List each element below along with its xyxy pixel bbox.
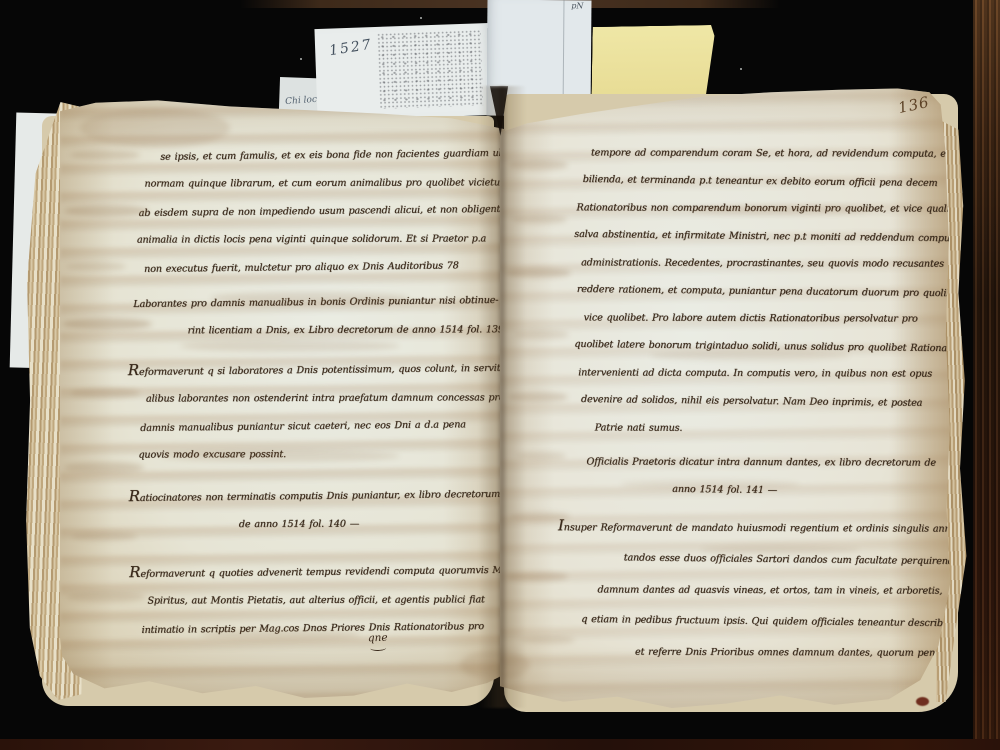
- bleed-smudge: [62, 318, 152, 330]
- manuscript-line: et referre Dnis Prioribus omnes damnum d…: [635, 636, 937, 668]
- slip-corner-mark: pN: [571, 1, 583, 10]
- floor-strip: [0, 739, 1000, 750]
- bleed-smudge: [210, 292, 410, 304]
- dust-speck: [740, 68, 742, 70]
- bleed-smudge: [66, 262, 126, 271]
- dust-speck: [300, 58, 302, 60]
- bleed-smudge: [72, 532, 137, 541]
- manuscript-line: Reformaverunt q si laboratores a Dnis po…: [128, 352, 490, 387]
- manuscript-paragraph: Insuper Reformaverunt de mandato huiusmo…: [571, 509, 938, 669]
- manuscript-line: Insuper Reformaverunt de mandato huiusmo…: [558, 510, 938, 544]
- bookmark-slip-text: Chi loci: [285, 95, 320, 107]
- manuscript-line: intervenienti ad dicta computa. In compu…: [578, 359, 939, 388]
- bleed-smudge: [64, 462, 144, 473]
- gutter-shadow: [478, 86, 526, 708]
- wax-spot: [916, 697, 929, 706]
- bleed-smudge: [650, 350, 850, 361]
- bleed-smudge: [700, 545, 860, 554]
- manuscript-line: vice quolibet. Pro labore autem dictis R…: [584, 304, 940, 333]
- manuscript-line: Officialis Praetoris dicatur intra dannu…: [586, 448, 938, 477]
- manuscript-page-left: se ipsis, et cum famulis, et ex eis bona…: [60, 98, 505, 698]
- manuscript-line: Reformaverunt q quoties advenerit tempus…: [129, 554, 491, 589]
- manuscript-paragraph: se ipsis, et cum famulis, et ex eis bona…: [136, 141, 489, 283]
- manuscript-line: non executus fuerit, mulctetur pro aliqu…: [144, 252, 489, 284]
- right-page-text: tempore ad comparendum coram Se, et hora…: [571, 139, 941, 669]
- manuscript-line: Ratiocinatores non terminatis computis D…: [129, 478, 491, 513]
- bleed-smudge: [66, 592, 146, 602]
- manuscript-line: damnis manualibus puniantur sicut caeter…: [140, 411, 490, 443]
- date-note-text: 1527: [328, 37, 374, 60]
- manuscript-line: q etiam in pedibus fructuum ipsis. Qui q…: [581, 604, 937, 639]
- manuscript-line: Spiritus, aut Montis Pietatis, aut alter…: [147, 586, 491, 615]
- manuscript-line: salva abstinentia, et infirmitate Minist…: [574, 220, 940, 252]
- manuscript-line: ab eisdem supra de non impediendo usum p…: [139, 196, 489, 228]
- bookmark-slip-date: 1527: [314, 23, 495, 121]
- manuscript-paragraph: Ratiocinatores non terminatis computis D…: [139, 479, 491, 540]
- printed-dots-texture: [377, 29, 484, 109]
- manuscript-line: bilienda, et terminanda p.t teneantur ex…: [583, 166, 941, 198]
- manuscript-line: reddere rationem, et computa, puniantur …: [577, 275, 940, 307]
- manuscript-line: tempore ad comparendum coram Se, et hora…: [591, 139, 941, 168]
- manuscript-line: administrationis. Recedentes, procrastin…: [581, 249, 940, 278]
- bleed-smudge: [180, 340, 400, 352]
- bleed-smudge: [70, 150, 140, 160]
- manuscript-line: animalia in dictis locis pena viginti qu…: [137, 225, 489, 254]
- dust-speck: [420, 17, 422, 19]
- bleed-smudge: [520, 636, 575, 644]
- manuscript-line: intimatio in scriptis per Mag.cos Dnos P…: [142, 613, 492, 645]
- manuscript-line: Patrie nati sumus.: [595, 414, 939, 443]
- bleed-smudge: [690, 205, 870, 215]
- manuscript-photo: Chi loci 1527 pN se ipsis, et cum famuli…: [0, 0, 1000, 750]
- manuscript-paragraph: Officialis Praetoris dicatur intra dannu…: [572, 447, 938, 506]
- bleed-smudge: [70, 388, 140, 398]
- bleed-smudge: [64, 205, 149, 217]
- manuscript-line: damnum dantes ad quasvis vineas, et orto…: [597, 574, 937, 606]
- manuscript-paragraph: tempore ad comparendum coram Se, et hora…: [573, 139, 941, 444]
- manuscript-line: se ipsis, et cum famulis, et ex eis bona…: [160, 140, 488, 172]
- manuscript-line: de anno 1514 fol. 140 —: [239, 510, 491, 539]
- table-edge-right: [973, 0, 1000, 750]
- bleed-smudge: [80, 108, 230, 148]
- bleed-smudge: [160, 450, 400, 462]
- bleed-smudge: [200, 630, 360, 640]
- catchword: qne: [368, 632, 388, 652]
- left-page-text: se ipsis, et cum famulis, et ex eis bona…: [136, 141, 491, 644]
- manuscript-line: normam quinque librarum, et cum eorum an…: [144, 169, 488, 198]
- manuscript-line: alibus laborantes non ostenderint intra …: [146, 384, 490, 413]
- manuscript-line: devenire ad solidos, nihil eis persolvat…: [581, 386, 939, 418]
- bleed-smudge: [620, 480, 800, 489]
